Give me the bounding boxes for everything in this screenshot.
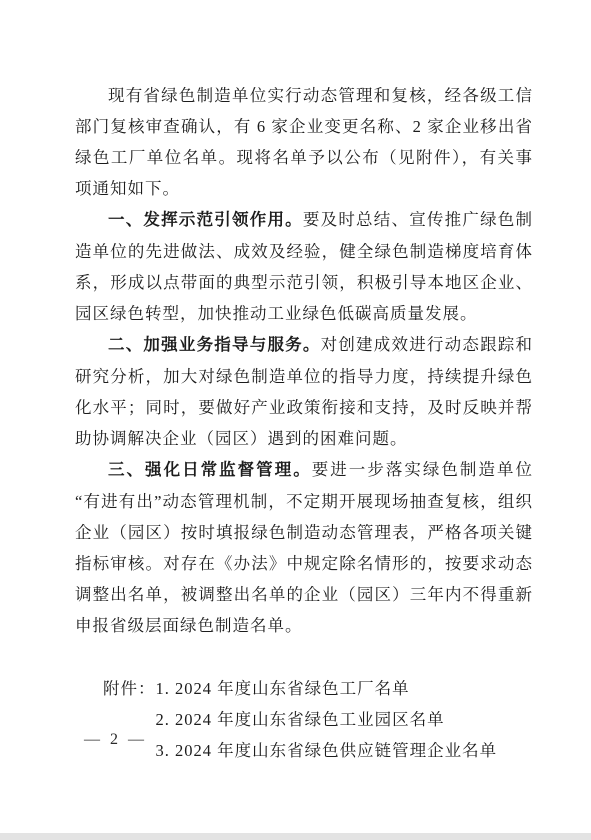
section-1-heading: 一、发挥示范引领作用。 xyxy=(108,211,303,229)
attachments-list: 1. 2024 年度山东省绿色工厂名单 2. 2024 年度山东省绿色工业园区名… xyxy=(156,673,534,766)
intro-paragraph: 现有省绿色制造单位实行动态管理和复核，经各级工信部门复核审查确认，有 6 家企业… xyxy=(75,80,533,204)
section-2-paragraph: 二、加强业务指导与服务。对创建成效进行动态跟踪和研究分析，加大对绿色制造单位的指… xyxy=(75,329,533,454)
document-page: 现有省绿色制造单位实行动态管理和复核，经各级工信部门复核审查确认，有 6 家企业… xyxy=(0,0,591,840)
section-3-heading: 三、强化日常监督管理。 xyxy=(108,461,312,479)
section-2-heading: 二、加强业务指导与服务。 xyxy=(108,336,321,354)
section-1-paragraph: 一、发挥示范引领作用。要及时总结、宣传推广绿色制造单位的先进做法、成效及经验，健… xyxy=(75,204,533,329)
document-body: 现有省绿色制造单位实行动态管理和复核，经各级工信部门复核审查确认，有 6 家企业… xyxy=(75,80,533,766)
attachment-item-3: 3. 2024 年度山东省绿色供应链管理企业名单 xyxy=(156,735,534,766)
page-number: — 2 — xyxy=(84,731,147,749)
attachments-label: 附件： xyxy=(103,673,156,704)
page-bottom-separator xyxy=(0,833,591,840)
attachment-item-2: 2. 2024 年度山东省绿色工业园区名单 xyxy=(156,704,534,735)
attachments-block: 附件： 1. 2024 年度山东省绿色工厂名单 2. 2024 年度山东省绿色工… xyxy=(103,673,533,766)
section-3-paragraph: 三、强化日常监督管理。要进一步落实绿色制造单位“有进有出”动态管理机制，不定期开… xyxy=(75,454,533,641)
attachment-item-1: 1. 2024 年度山东省绿色工厂名单 xyxy=(156,673,534,704)
section-3-text: 要进一步落实绿色制造单位“有进有出”动态管理机制，不定期开展现场抽查复核，组织企… xyxy=(75,460,533,635)
intro-text: 现有省绿色制造单位实行动态管理和复核，经各级工信部门复核审查确认，有 6 家企业… xyxy=(75,86,533,198)
